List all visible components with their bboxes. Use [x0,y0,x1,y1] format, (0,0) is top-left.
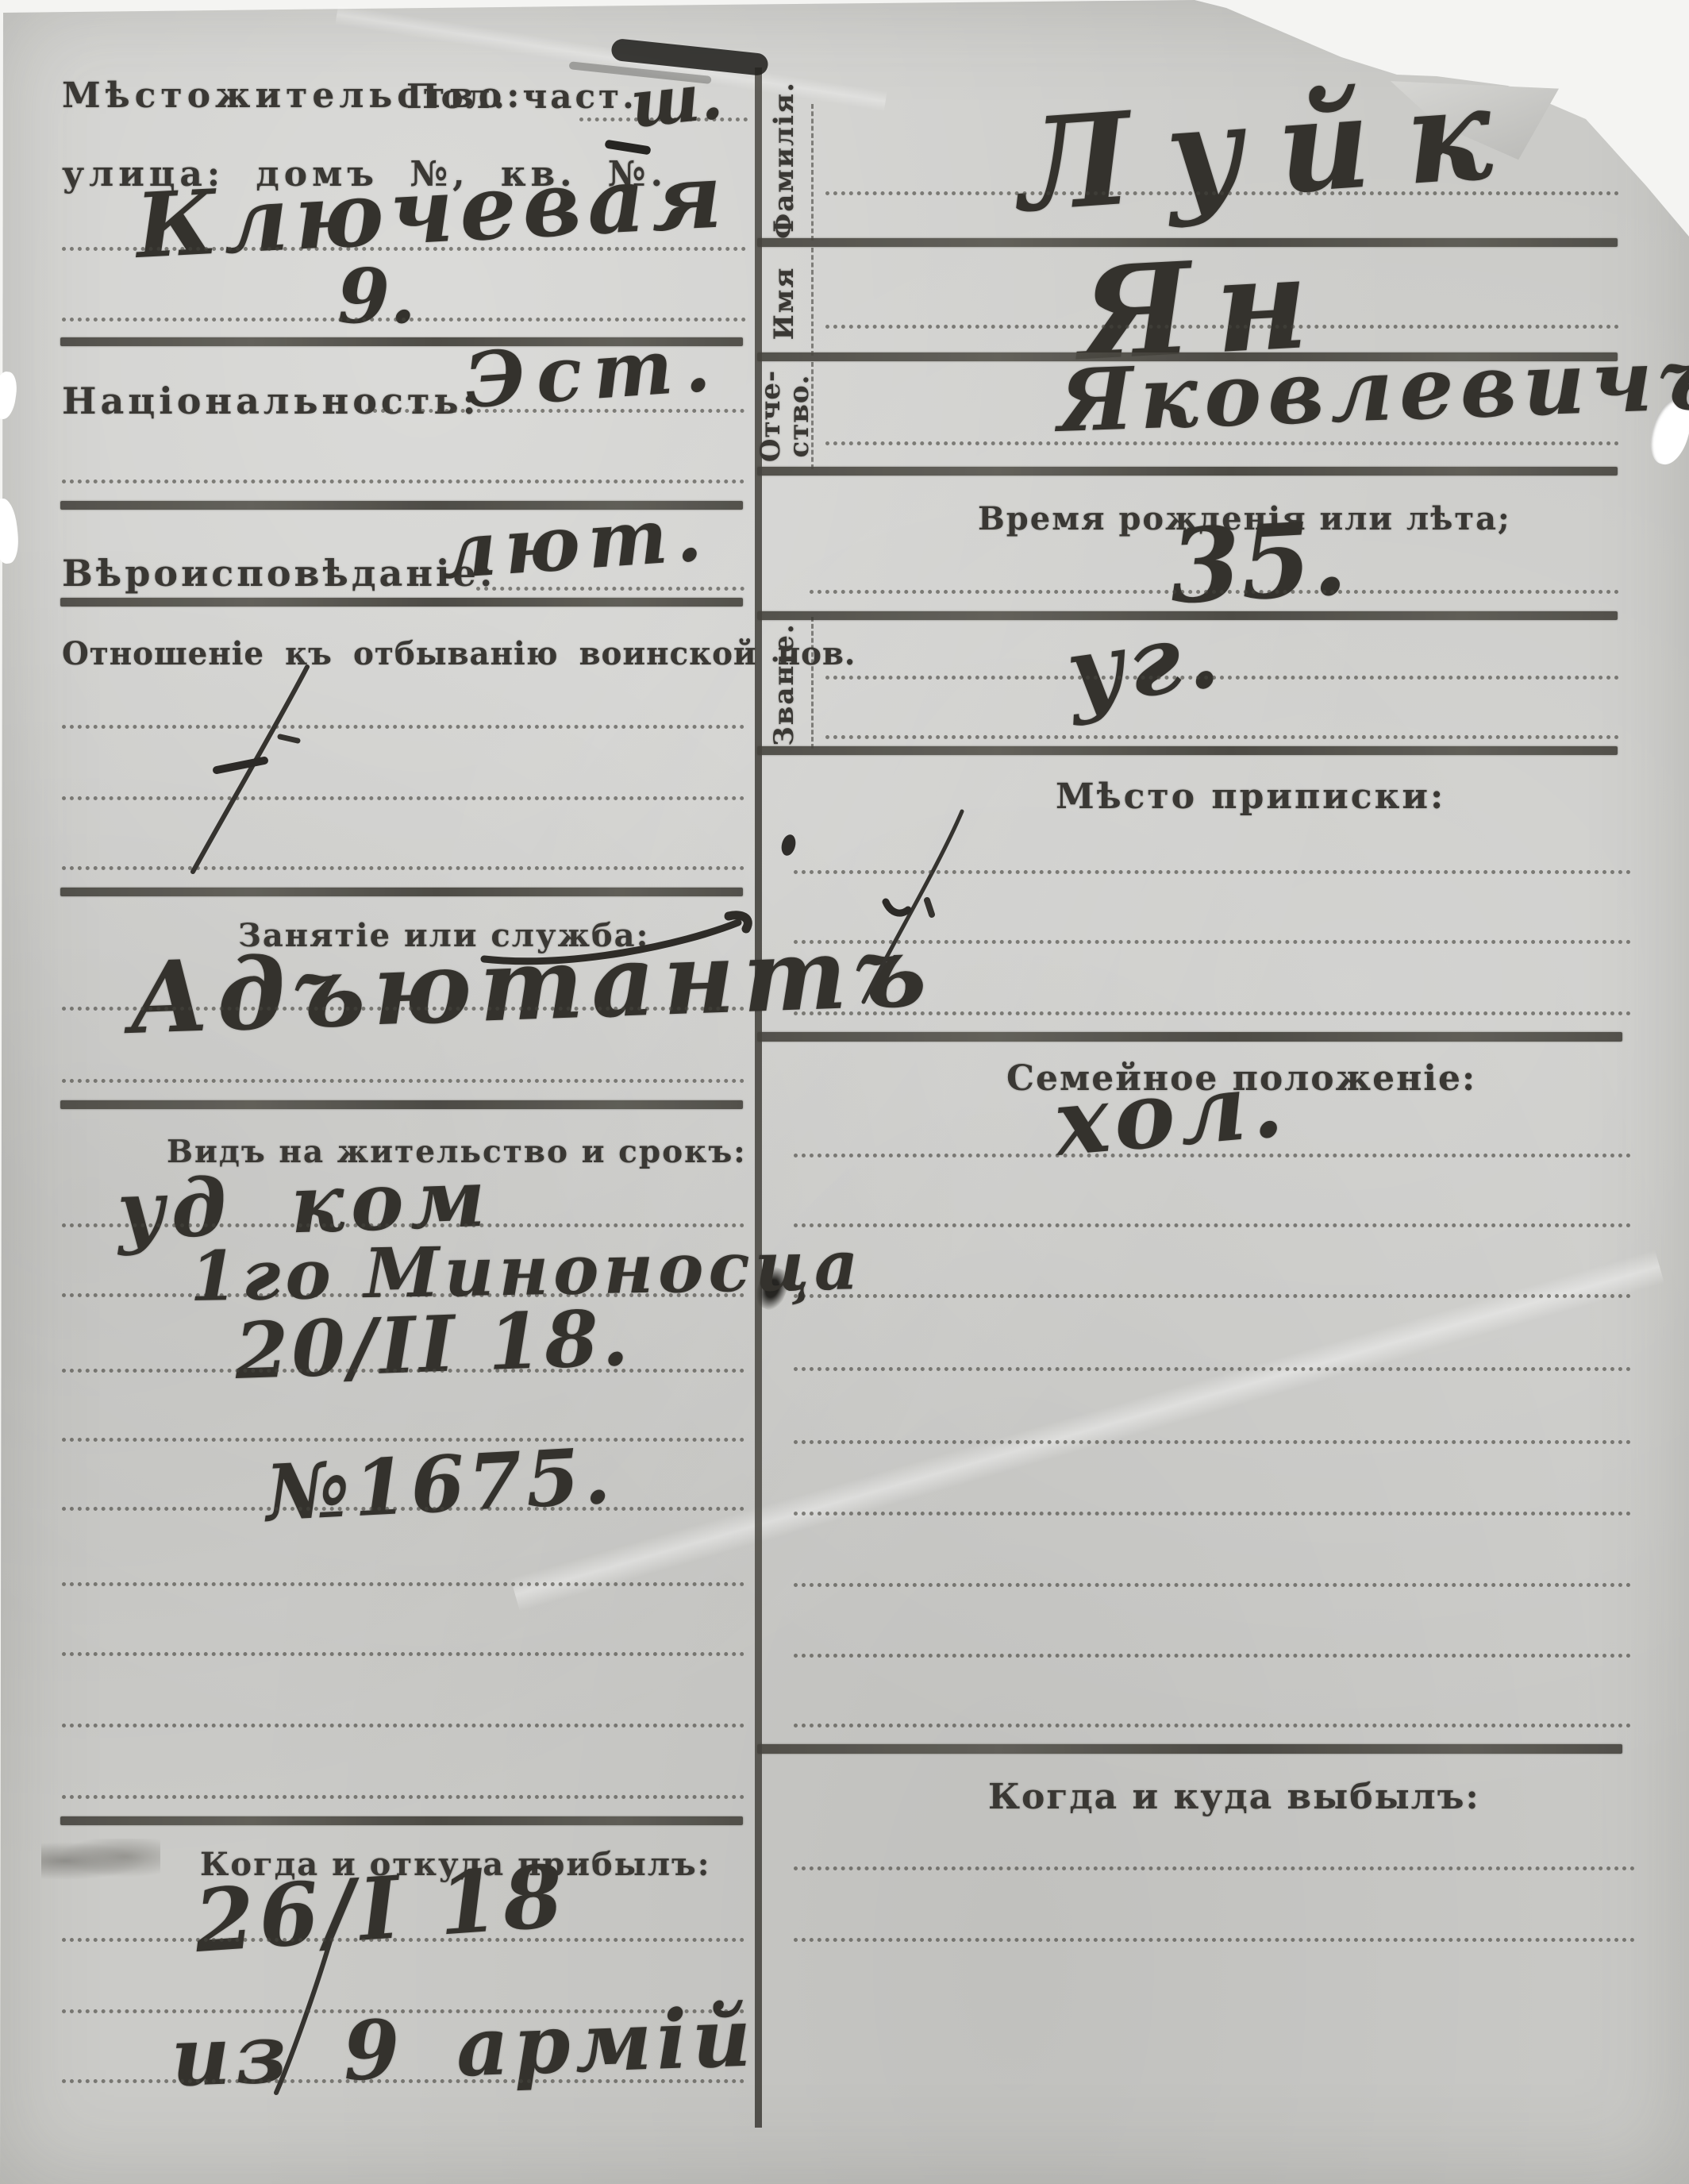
blank-line [794,1938,1635,1942]
blank-line [62,725,744,729]
scanned-registration-card: Мѣстожительство: Пол. част. ш. улица: до… [0,0,1689,2184]
blank-line [794,1011,1631,1015]
blank-line [62,1582,744,1586]
police-part-value-handwritten: ш. [627,57,726,143]
arrival-from-handwritten: из 9 армій [170,1989,757,2105]
blank-line [794,1223,1631,1227]
blank-line [794,1724,1631,1728]
nationality-line [365,409,744,413]
religion-line [476,587,744,591]
divider-bar [757,467,1618,476]
blank-line [62,796,744,800]
permit-number-handwritten: №1675. [264,1430,617,1539]
blank-line [794,1512,1631,1516]
blank-line [62,1724,744,1728]
patronymic-label-line1: Отче- [755,370,787,462]
permit-line [62,1223,744,1227]
blank-line [62,866,744,870]
divider-bar [757,1744,1622,1754]
blank-line [62,1795,744,1799]
label-strip-line [811,104,814,241]
departure-line [794,1866,1635,1870]
blank-line [62,1652,744,1656]
blank-line [825,735,1619,739]
permit-line2-handwritten: 1го Миноносца [189,1225,864,1317]
divider-bar [60,1816,743,1825]
blank-line [62,480,744,483]
label-strip-line [811,248,814,356]
birth-line [810,590,1619,594]
rank-value-handwritten: уг. [1060,597,1229,728]
arrival-line [62,1938,744,1942]
blank-line [794,1583,1631,1587]
departure-label: Когда и куда выбылъ: [988,1777,1480,1817]
registration-line [794,870,1631,874]
house-value-handwritten: 9. [337,252,416,341]
blank-line [62,1507,744,1511]
blank-line [62,1079,744,1083]
label-strip-line [811,617,814,749]
registration-slash-mark [851,803,978,1010]
blank-line [794,1367,1631,1371]
nationality-label: Національность: [62,379,480,422]
first-name-label: Имя [768,252,800,355]
blank-line [794,1654,1631,1658]
surname-label: Фамилія. [768,104,800,239]
patronymic-line [825,441,1619,445]
arrival-from-line [62,2079,744,2083]
occupation-line [62,1007,744,1011]
family-status-line [794,1154,1631,1157]
patronymic-label-line2: ство. [783,375,815,458]
family-status-value-handwritten: хол. [1050,1050,1291,1177]
divider-bar [60,598,743,607]
military-duty-slash-mark [179,661,321,883]
stamp-smudge [41,1839,160,1883]
permit-line [62,1369,744,1373]
rank-label: Званіе. [768,618,800,750]
patronymic-label: Отче-ство. [756,361,814,471]
divider-bar [757,1032,1622,1042]
religion-label: Вѣроисповѣданіе: [62,552,496,595]
divider-bar [60,1100,743,1109]
religion-value-handwritten: лют. [438,490,712,596]
police-part-label: Пол. част. [406,77,637,116]
blank-line [794,940,1631,944]
divider-bar [757,746,1618,755]
first-name-line [825,325,1619,329]
rank-line [825,676,1619,680]
registration-place-label: Мѣсто приписки: [1056,776,1445,817]
blank-line [794,1294,1631,1298]
street-line [62,247,746,251]
blank-line [794,1440,1631,1444]
surname-line [825,191,1619,195]
house-line [62,318,746,322]
divider-bar [60,888,743,896]
